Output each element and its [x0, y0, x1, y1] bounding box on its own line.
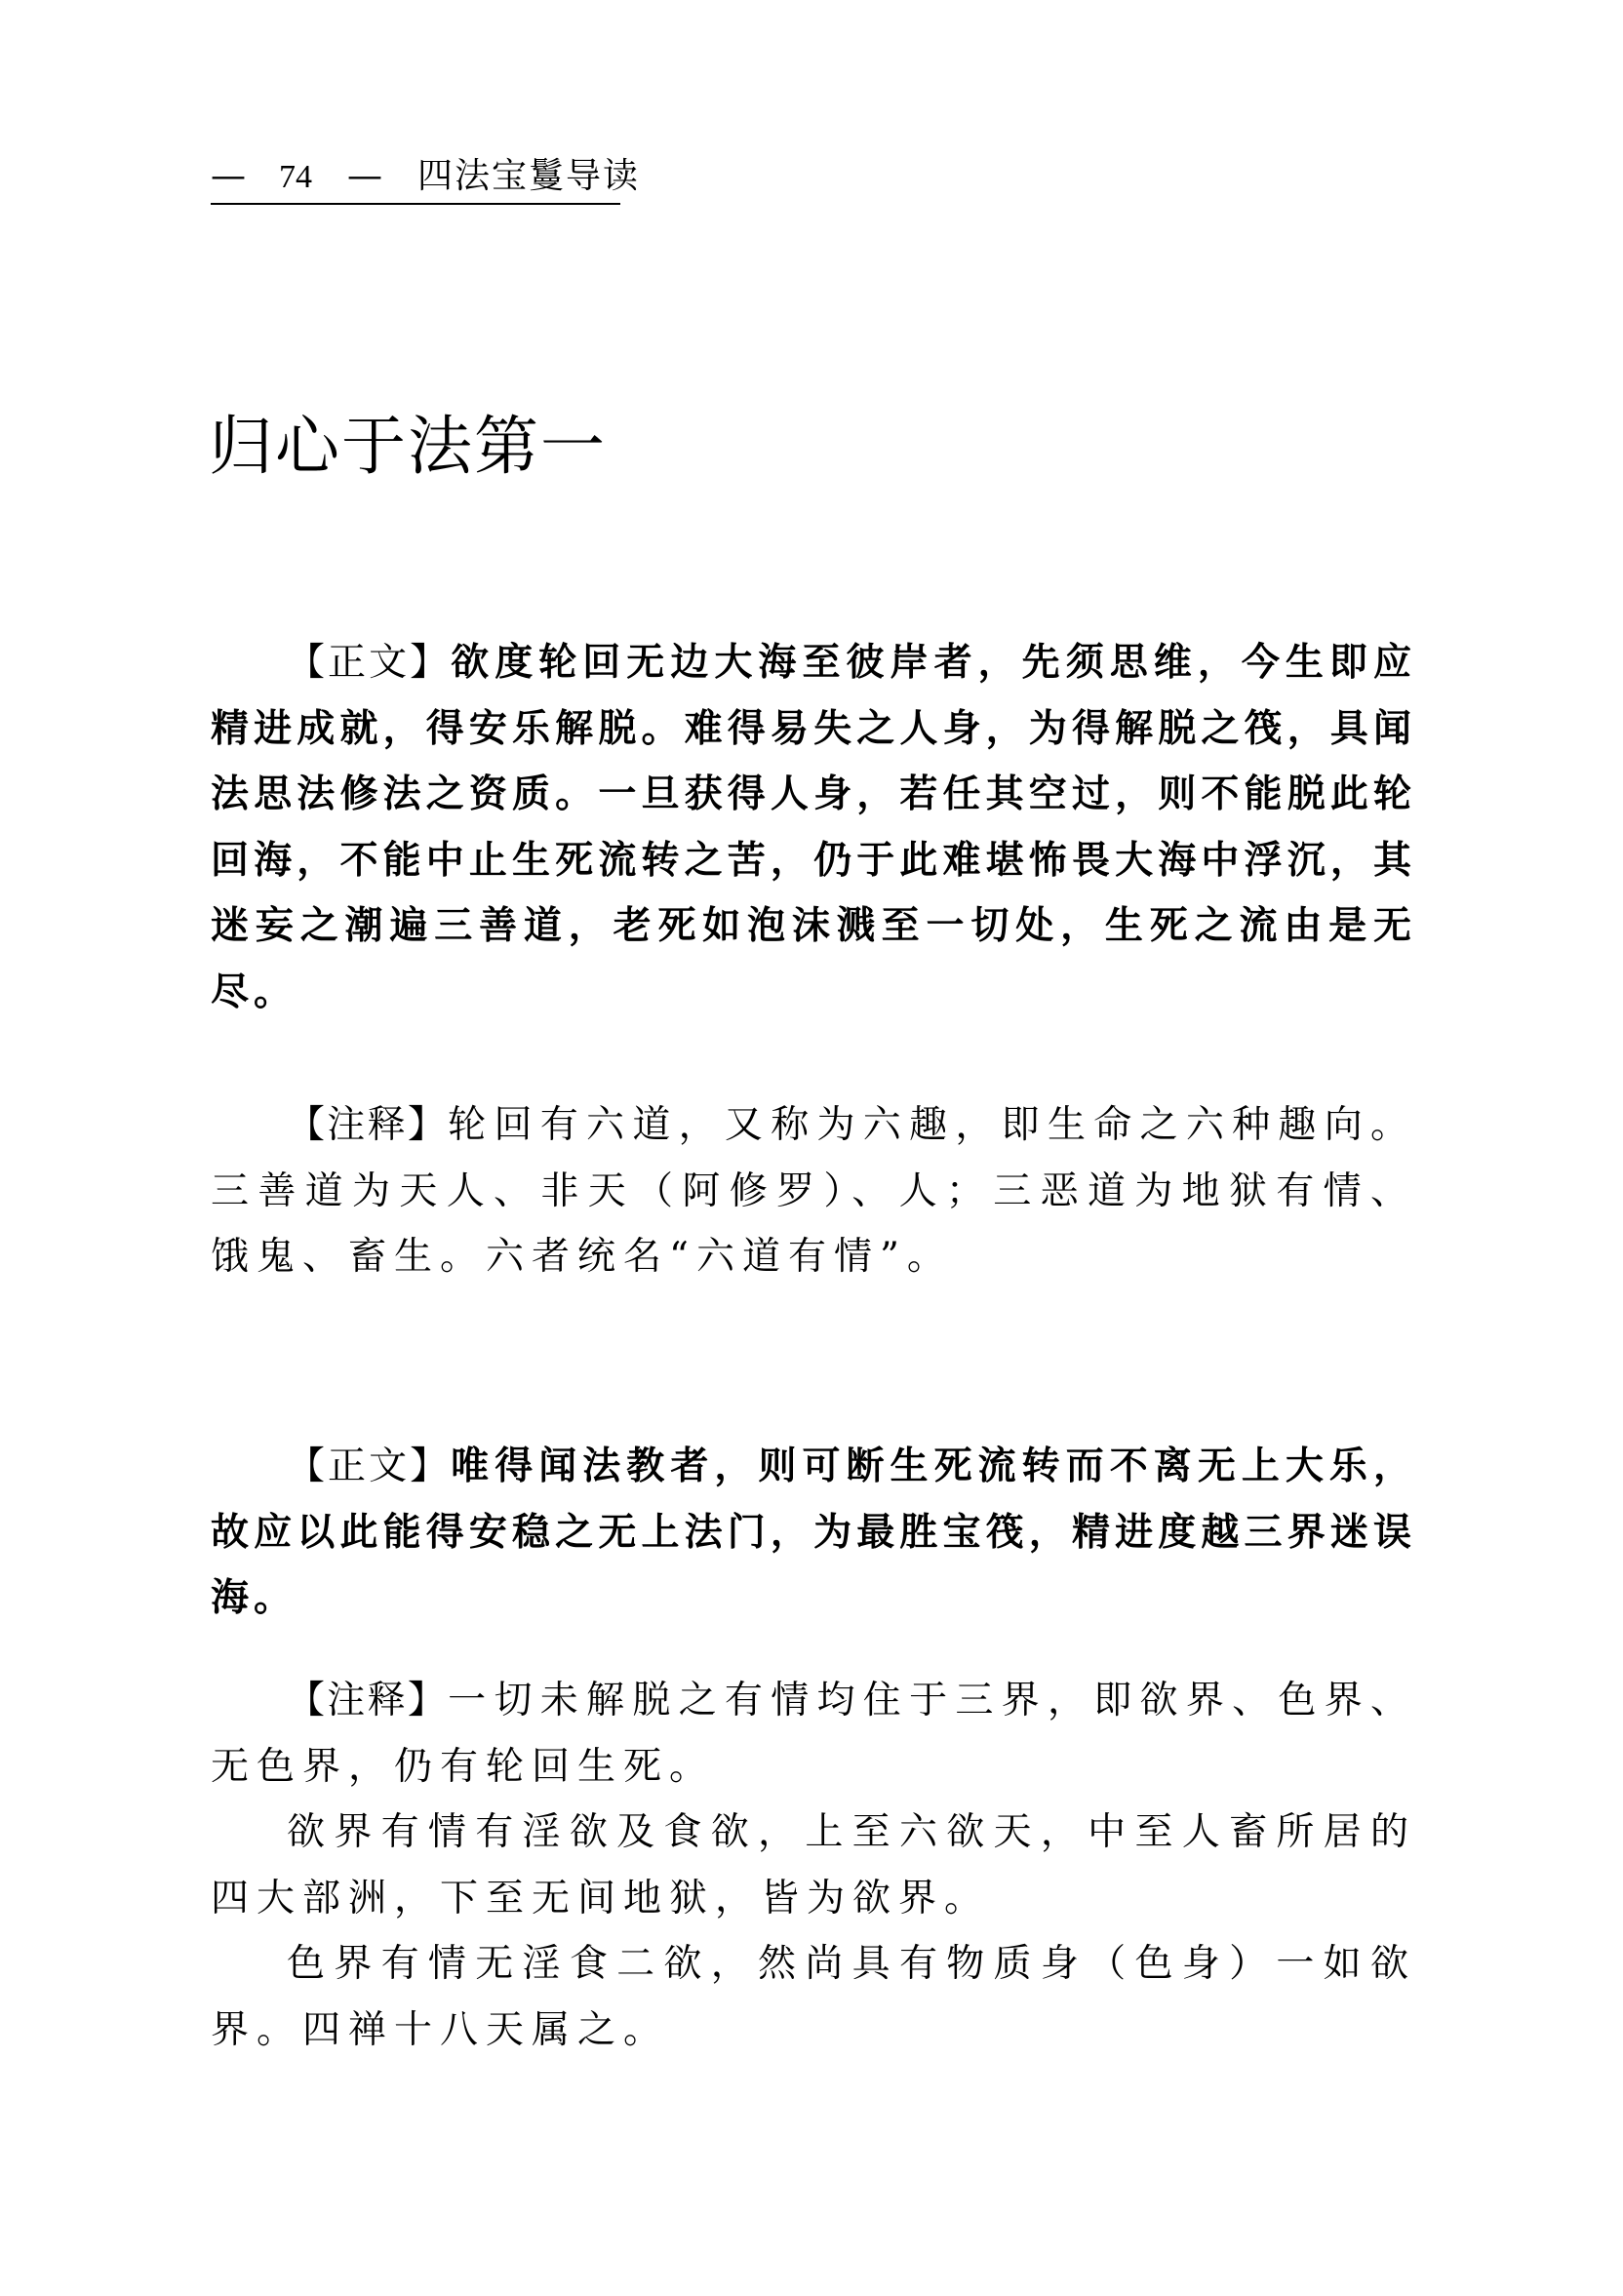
section-2-main-text: 【正文】唯得闻法教者，则可断生死流转而不离无上大乐，故应以此能得安稳之无上法门，…: [211, 1434, 1416, 1632]
main-text-label: 【正文】: [287, 1445, 451, 1488]
annotation-paragraph: 【注释】轮回有六道，又称为六趣，即生命之六种趣向。三善道为天人、非天（阿修罗）、…: [211, 1092, 1416, 1290]
section-2-annotation: 【注释】一切未解脱之有情均住于三界，即欲界、色界、无色界，仍有轮回生死。 欲界有…: [211, 1668, 1416, 2063]
main-text-label: 【正文】: [287, 641, 451, 685]
chapter-title: 归心于法第一: [209, 408, 607, 486]
section-1-annotation: 【注释】轮回有六道，又称为六趣，即生命之六种趣向。三善道为天人、非天（阿修罗）、…: [211, 1092, 1416, 1290]
annotation-label: 【注释】: [287, 1103, 448, 1147]
annotation-label: 【注释】: [287, 1679, 448, 1722]
main-text-body: 欲度轮回无边大海至彼岸者，先须思维，今生即应精进成就，得安乐解脱。难得易失之人身…: [211, 641, 1416, 1014]
book-title: 四法宝鬘导读: [417, 154, 640, 199]
header-dash-left: —: [211, 154, 246, 199]
annotation-paragraph: 欲界有情有淫欲及食欲，上至六欲天，中至人畜所居的四大部洲，下至无间地狱，皆为欲界…: [211, 1800, 1416, 1931]
section-1-main-text: 【正文】欲度轮回无边大海至彼岸者，先须思维，今生即应精进成就，得安乐解脱。难得易…: [211, 630, 1416, 1025]
main-text-paragraph: 【正文】欲度轮回无边大海至彼岸者，先须思维，今生即应精进成就，得安乐解脱。难得易…: [211, 630, 1416, 1025]
running-header: — 74 — 四法宝鬘导读: [211, 154, 620, 205]
annotation-paragraph: 【注释】一切未解脱之有情均住于三界，即欲界、色界、无色界，仍有轮回生死。: [211, 1668, 1416, 1800]
main-text-paragraph: 【正文】唯得闻法教者，则可断生死流转而不离无上大乐，故应以此能得安稳之无上法门，…: [211, 1434, 1416, 1632]
annotation-paragraph: 色界有情无淫食二欲，然尚具有物质身（色身）一如欲界。四禅十八天属之。: [211, 1931, 1416, 2063]
header-dash-right: —: [347, 154, 382, 199]
page-number: 74: [279, 155, 312, 200]
